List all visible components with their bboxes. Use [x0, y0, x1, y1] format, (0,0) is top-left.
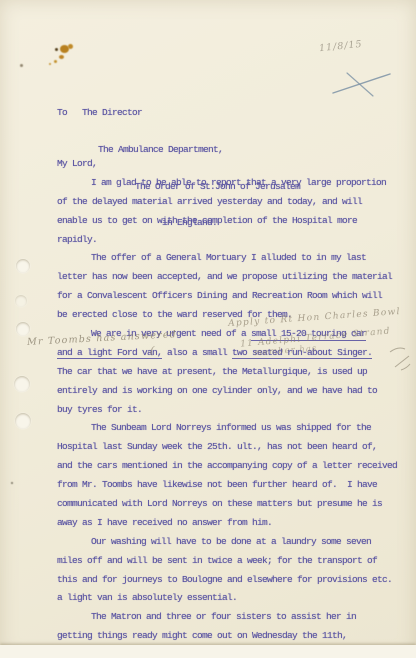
- typed-text: rapidly.: [57, 234, 97, 245]
- letter-line: letter has now been accepted, and we pro…: [57, 268, 409, 287]
- stain-mark: [68, 44, 73, 49]
- typed-text: The offer of a General Mortuary I allude…: [91, 252, 366, 263]
- typed-text: from Mr. Toombs have likewise not been f…: [57, 479, 377, 490]
- letter-line: The offer of a General Mortuary I allude…: [57, 249, 409, 268]
- underlined-phrase: small 15-20 touring car: [251, 328, 366, 341]
- typed-text: entirely and is working on one cylinder …: [57, 385, 377, 396]
- letter-line: away as I have received no answer from h…: [57, 514, 409, 533]
- to-label: To: [57, 107, 67, 118]
- letter-line: buy tyres for it.: [57, 401, 409, 420]
- typed-text: be erected close to the ward reserved fo…: [57, 309, 292, 320]
- pencil-date-annotation: 11/8/15: [319, 39, 364, 54]
- letter-line: The Matron and three or four sisters to …: [57, 608, 409, 627]
- typed-text: The Matron and three or four sisters to …: [91, 611, 356, 622]
- typed-text: communicated with Lord Norreys on these …: [57, 498, 382, 509]
- punch-hole: [15, 295, 27, 307]
- stain-mark: [55, 48, 58, 51]
- typed-text: also a small: [162, 347, 232, 358]
- typed-text: Hospital last Sunday week the 25th. ult.…: [57, 441, 377, 452]
- typed-text: The car that we have at present, the Met…: [57, 366, 367, 377]
- letter-line: rapidly.: [57, 231, 409, 250]
- recipient-name: The Director: [82, 107, 142, 119]
- letter-page: 11/8/15 ToThe Director The Ambulance Dep…: [0, 0, 416, 658]
- typed-text: My Lord,: [57, 158, 97, 169]
- punch-hole: [15, 413, 31, 429]
- typed-text: Our washing will have to be done at a la…: [91, 536, 371, 547]
- letter-line: I am glad to be able to report that a ve…: [57, 174, 409, 193]
- letter-line: communicated with Lord Norreys on these …: [57, 495, 409, 514]
- punch-hole: [16, 322, 30, 336]
- stain-mark: [49, 63, 51, 65]
- letter-line: from Mr. Toombs have likewise not been f…: [57, 476, 409, 495]
- stain-mark: [11, 482, 13, 484]
- letter-line: enable us to get on with the completion …: [57, 212, 409, 231]
- punch-hole: [14, 376, 30, 392]
- typed-text: enable us to get on with the completion …: [57, 215, 357, 226]
- underlined-phrase: and a light Ford van,: [57, 347, 162, 360]
- letter-line: We are in very urgent need of a small 15…: [57, 325, 409, 344]
- typed-text: for a Convalescent Officers Dining and R…: [57, 290, 382, 301]
- typed-text: We are in very urgent need of a: [91, 328, 251, 339]
- stain-mark: [59, 55, 64, 59]
- letter-line: My Lord,: [57, 155, 409, 174]
- letter-line: entirely and is working on one cylinder …: [57, 382, 409, 401]
- typed-text: The Sunbeam Lord Norreys informed us was…: [91, 422, 371, 433]
- page-bottom-edge: [0, 645, 416, 658]
- letter-line: Our washing will have to be done at a la…: [57, 533, 409, 552]
- letter-line: be erected close to the ward reserved fo…: [57, 306, 409, 325]
- letter-line: of the delayed material arrived yesterda…: [57, 193, 409, 212]
- typed-text: this and for journeys to Boulogne and el…: [57, 574, 392, 585]
- letter-line: The Sunbeam Lord Norreys informed us was…: [57, 419, 409, 438]
- typed-text: and the cars mentioned in the accompanyi…: [57, 460, 397, 471]
- letter-line: miles off and will be sent in twice a we…: [57, 552, 409, 571]
- letter-line: a light van is absolutely essential.: [57, 589, 409, 608]
- stain-mark: [20, 64, 23, 67]
- stain-mark: [54, 60, 57, 63]
- letter-line: for a Convalescent Officers Dining and R…: [57, 287, 409, 306]
- typed-text: getting things ready might come out on W…: [57, 630, 347, 641]
- letter-line: and a light Ford van, also a small two s…: [57, 344, 409, 363]
- letter-line: The car that we have at present, the Met…: [57, 363, 409, 382]
- header-line: ToThe Director: [57, 107, 300, 119]
- typed-text: miles off and will be sent in twice a we…: [57, 555, 377, 566]
- underlined-phrase: two seated run-about Singer.: [232, 347, 372, 360]
- letter-line: getting things ready might come out on W…: [57, 627, 409, 646]
- typed-text: away as I have received no answer from h…: [57, 517, 272, 528]
- typed-text: a light van is absolutely essential.: [57, 592, 237, 603]
- typed-text: I am glad to be able to report that a ve…: [91, 177, 386, 188]
- letter-line: this and for journeys to Boulogne and el…: [57, 571, 409, 590]
- typed-text: of the delayed material arrived yesterda…: [57, 196, 362, 207]
- punch-hole: [16, 259, 30, 273]
- typed-text: letter has now been accepted, and we pro…: [57, 271, 392, 282]
- typed-text: buy tyres for it.: [57, 404, 142, 415]
- letter-line: Hospital last Sunday week the 25th. ult.…: [57, 438, 409, 457]
- letter-body: My Lord,I am glad to be able to report t…: [57, 155, 409, 646]
- letter-line: and the cars mentioned in the accompanyi…: [57, 457, 409, 476]
